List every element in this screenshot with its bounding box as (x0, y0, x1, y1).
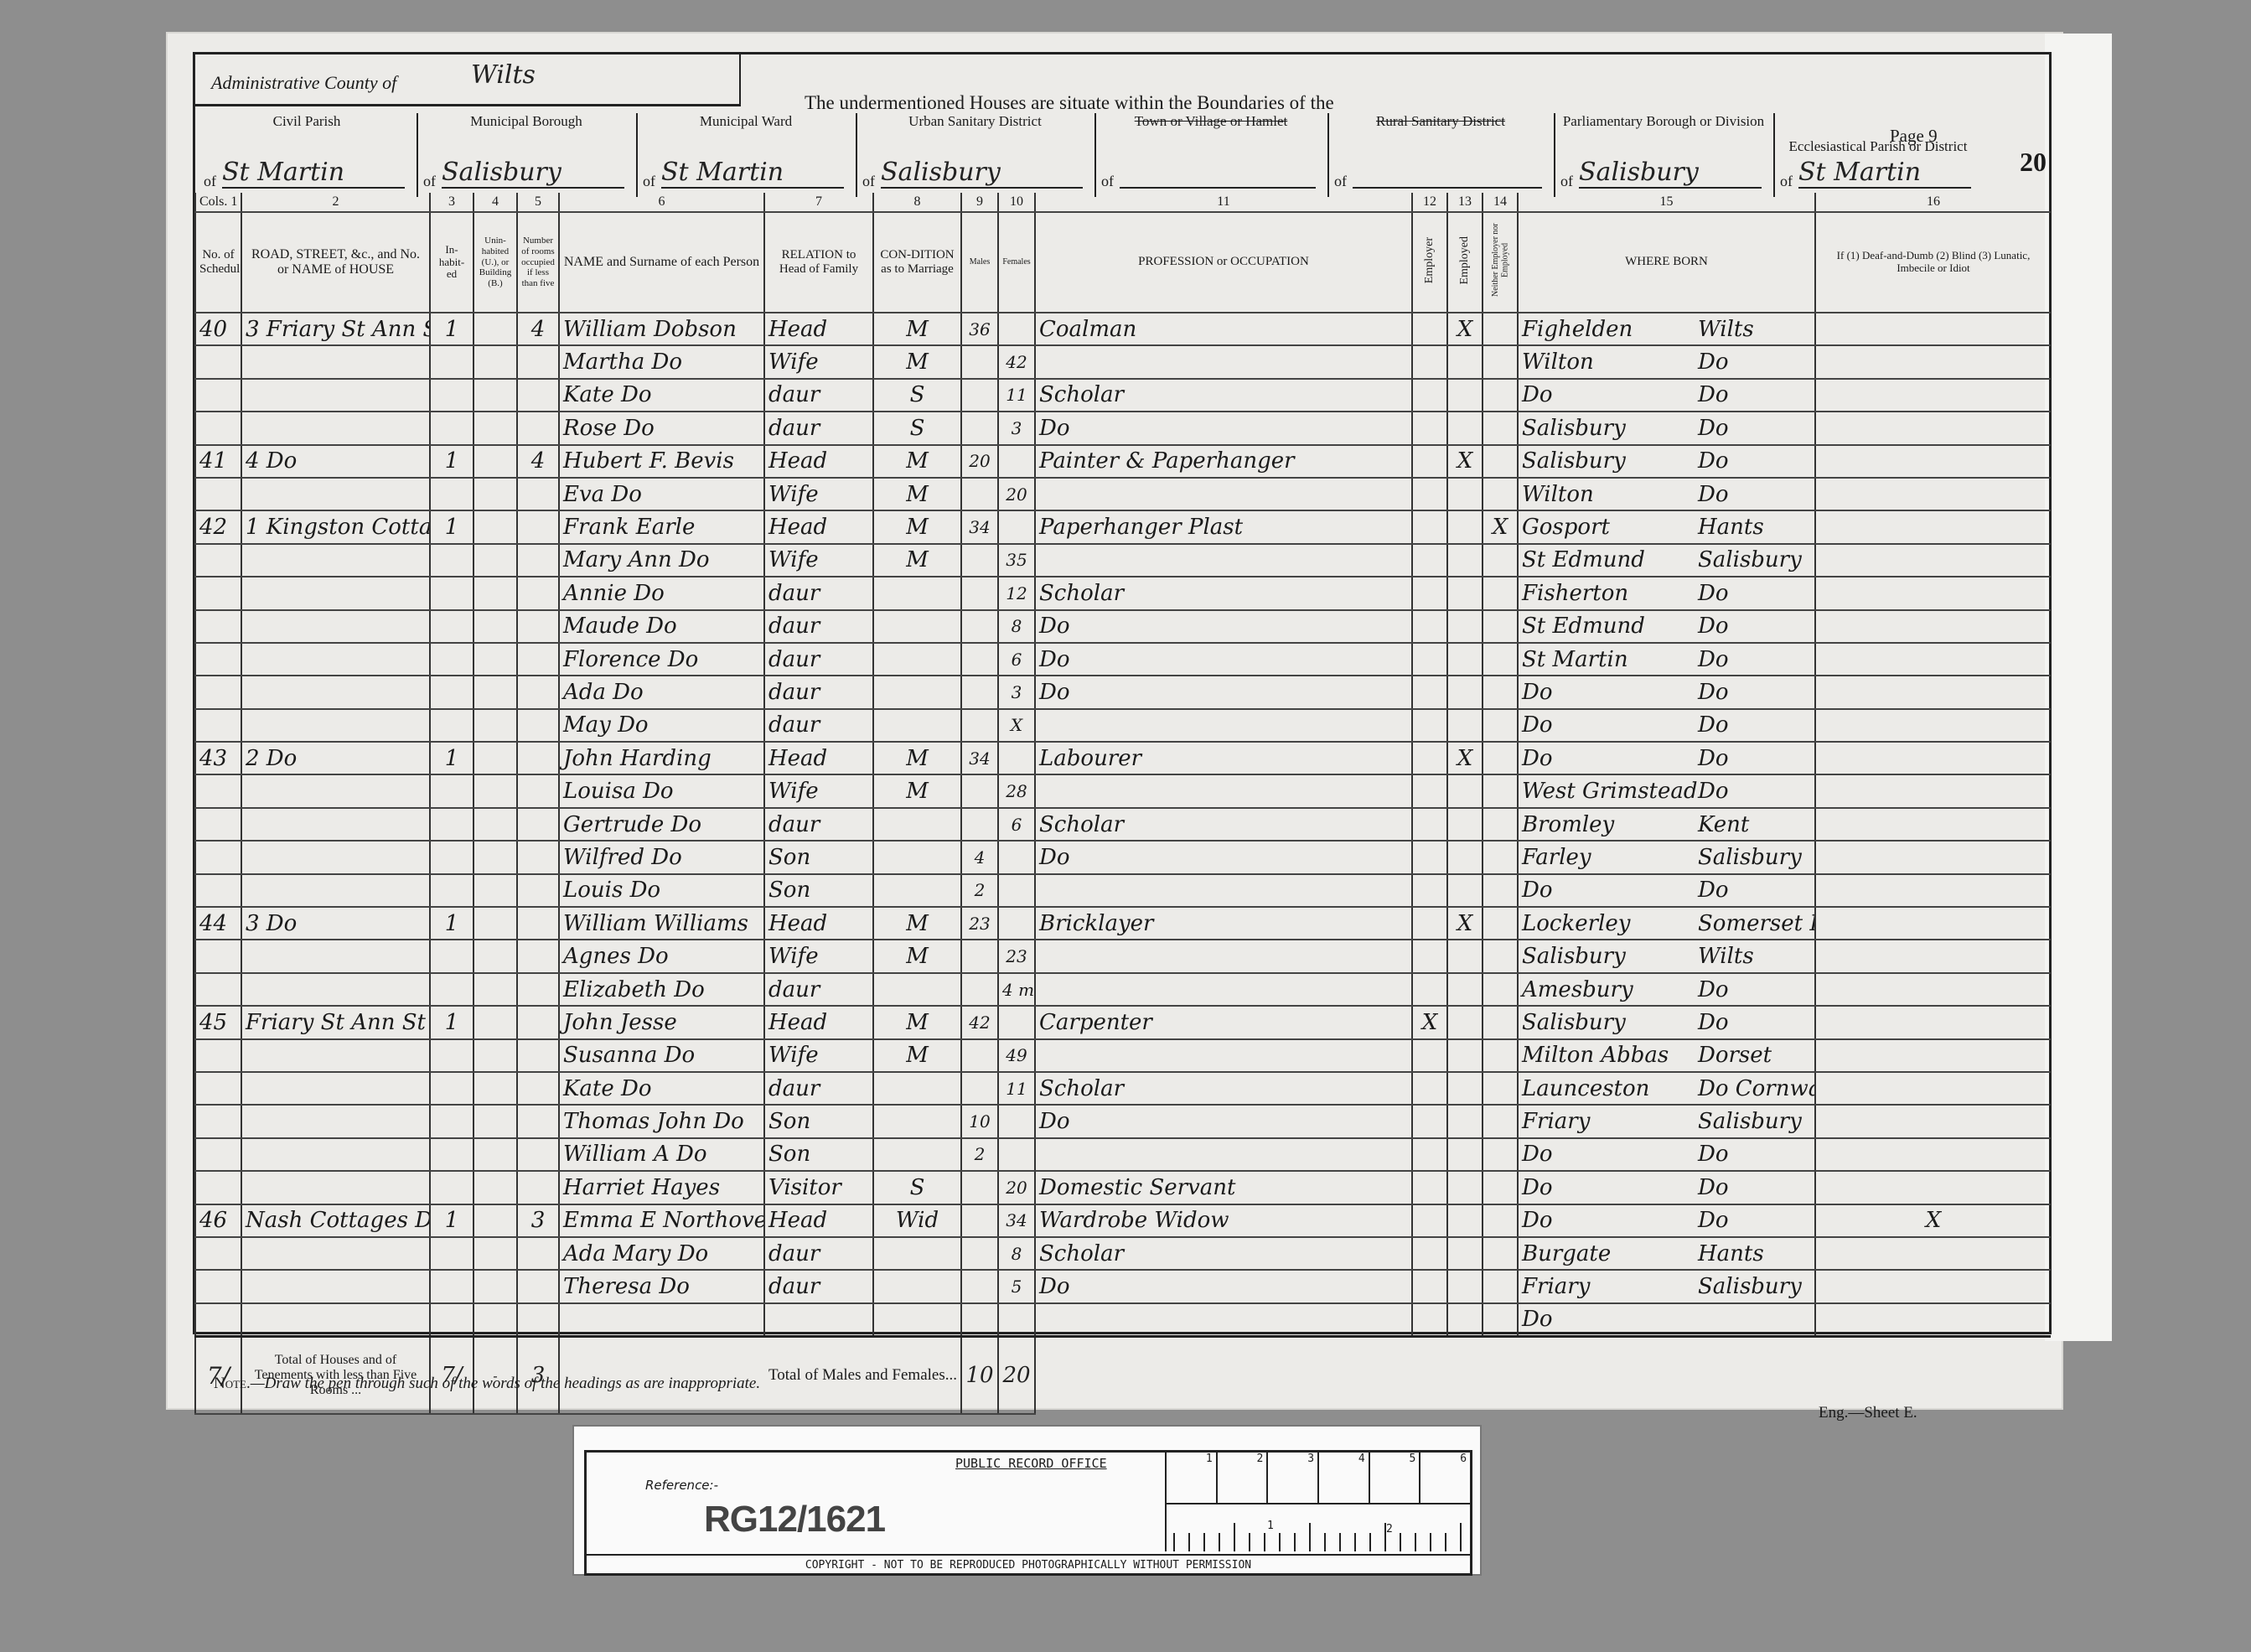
cell-inhabited: 1 (430, 1006, 473, 1038)
cell-relation (764, 1303, 873, 1337)
cell-inhabited (430, 1171, 473, 1204)
cell-male-age: 34 (961, 510, 998, 543)
cell-address (241, 1171, 430, 1204)
cell-employer (1412, 1237, 1447, 1270)
cell-occupation: Labourer (1035, 742, 1412, 774)
area-urban-sanitary-district: Urban Sanitary District of Salisbury (856, 113, 1096, 197)
table-row: Florence Dodaur6DoSt MartinDo (195, 643, 2051, 676)
cell-uninhabited (473, 1138, 517, 1171)
cell-inhabited (430, 973, 473, 1006)
cell-relation: daur (764, 379, 873, 412)
cell-where-born: DoDo (1518, 742, 1815, 774)
cell-relation: Son (764, 874, 873, 907)
cell-employer (1412, 1138, 1447, 1171)
cell-infirmity: X (1815, 1204, 2051, 1237)
boundaries-title: The undermentioned Houses are situate wi… (805, 92, 1334, 114)
cell-inhabited (430, 412, 473, 444)
cell-male-age (961, 577, 998, 609)
cell-schedule (195, 1072, 241, 1105)
cell-male-age (961, 973, 998, 1006)
born-place: Do (1522, 1208, 1698, 1233)
cell-infirmity (1815, 709, 2051, 742)
ruler-tick (1324, 1533, 1326, 1551)
table-row: Agnes DoWifeM23SalisburyWilts (195, 940, 2051, 972)
cell-employer (1412, 841, 1447, 873)
born-place: Salisbury (1522, 1010, 1698, 1035)
cell-inhabited (430, 478, 473, 510)
cell-schedule (195, 610, 241, 643)
area-town-village-hamlet: Town or Village or Hamlet of (1094, 113, 1329, 197)
area-label: Urban Sanitary District (856, 113, 1094, 130)
cell-address: 3 Do (241, 907, 430, 940)
cell-address (241, 379, 430, 412)
cell-address (241, 1138, 430, 1171)
born-county: Do (1698, 448, 1729, 474)
table-row: 45Friary St Ann St1John JesseHeadM42Carp… (195, 1006, 2051, 1038)
cell-neither (1483, 610, 1518, 643)
col-number: 8 (873, 193, 961, 212)
cell-infirmity (1815, 742, 2051, 774)
cell-neither (1483, 940, 1518, 972)
cell-relation: Head (764, 1204, 873, 1237)
cell-infirmity (1815, 313, 2051, 345)
cell-neither (1483, 1171, 1518, 1204)
footer-note: Note.—Draw the pen through such of the w… (214, 1375, 760, 1393)
cell-rooms (517, 907, 559, 940)
header-relation: RELATION to Head of Family (764, 212, 873, 313)
col-number: 13 (1447, 193, 1483, 212)
cell-occupation: Scholar (1035, 577, 1412, 609)
cell-employer (1412, 345, 1447, 378)
table-row: 443 Do1William WilliamsHeadM23Bricklayer… (195, 907, 2051, 940)
table-row: Rose DodaurS3DoSalisburyDo (195, 412, 2051, 444)
cell-employer (1412, 808, 1447, 841)
born-place: Friary (1522, 1109, 1698, 1134)
cell-name: Harriet Hayes (559, 1171, 764, 1204)
cell-uninhabited (473, 643, 517, 676)
cell-relation: daur (764, 412, 873, 444)
cell-occupation: Scholar (1035, 1237, 1412, 1270)
administrative-county-box: Administrative County of Wilts (194, 54, 741, 106)
cell-employer (1412, 1105, 1447, 1137)
cell-male-age (961, 544, 998, 577)
cell-occupation: Do (1035, 676, 1412, 708)
cell-employed (1447, 345, 1483, 378)
reference-label: Reference:- (645, 1478, 718, 1493)
cell-neither (1483, 676, 1518, 708)
cell-employed: X (1447, 742, 1483, 774)
table-row: Eva DoWifeM20WiltonDo (195, 478, 2051, 510)
cell-employed (1447, 1138, 1483, 1171)
cell-where-born: St EdmundSalisbury (1518, 544, 1815, 577)
cell-name: William A Do (559, 1138, 764, 1171)
cell-inhabited (430, 1270, 473, 1302)
cell-occupation: Do (1035, 841, 1412, 873)
ruler-tick (1219, 1533, 1220, 1551)
cell-relation: Head (764, 742, 873, 774)
cell-female-age (998, 907, 1035, 940)
header-employed: Employed (1447, 212, 1483, 313)
cell-employed (1447, 412, 1483, 444)
born-county: Salisbury (1698, 547, 1802, 572)
area-value: St Martin (1798, 158, 1971, 189)
cell-where-born: DoDo (1518, 874, 1815, 907)
cell-male-age (961, 709, 998, 742)
administrative-county-label: Administrative County of (211, 72, 396, 94)
cell-inhabited (430, 676, 473, 708)
cell-address (241, 841, 430, 873)
area-value: St Martin (222, 158, 405, 189)
cell-infirmity (1815, 973, 2051, 1006)
cell-schedule (195, 973, 241, 1006)
cell-schedule (195, 345, 241, 378)
cell-condition: M (873, 478, 961, 510)
of-label: of (1101, 173, 1114, 190)
cell-address (241, 1303, 430, 1337)
cell-schedule: 41 (195, 445, 241, 478)
area-label: Parliamentary Borough or Division (1554, 113, 1773, 130)
header-name: NAME and Surname of each Person (559, 212, 764, 313)
cell-infirmity (1815, 1006, 2051, 1038)
total-females: 20 (998, 1337, 1035, 1415)
born-place: Do (1522, 746, 1698, 771)
cell-neither (1483, 1237, 1518, 1270)
cell-female-age: 23 (998, 940, 1035, 972)
cell-schedule (195, 379, 241, 412)
cell-uninhabited (473, 1303, 517, 1337)
cell-female-age: 42 (998, 345, 1035, 378)
cell-male-age: 34 (961, 742, 998, 774)
cell-address (241, 1270, 430, 1302)
cell-employed (1447, 808, 1483, 841)
cell-employed (1447, 577, 1483, 609)
born-place: St Edmund (1522, 614, 1698, 639)
ruler-tick (1309, 1523, 1311, 1551)
ruler-tick (1460, 1523, 1462, 1551)
cell-employed (1447, 1237, 1483, 1270)
cell-rooms (517, 841, 559, 873)
cell-name: Louisa Do (559, 774, 764, 807)
cell-inhabited: 1 (430, 1204, 473, 1237)
cell-occupation (1035, 709, 1412, 742)
born-county: Wilts (1698, 317, 1754, 342)
cell-condition: M (873, 544, 961, 577)
cell-where-born: LockerleySomerset Hants (1518, 907, 1815, 940)
cell-name: John Harding (559, 742, 764, 774)
cell-uninhabited (473, 1072, 517, 1105)
cell-infirmity (1815, 1303, 2051, 1337)
cell-neither (1483, 841, 1518, 873)
cell-employer (1412, 643, 1447, 676)
cell-name: Elizabeth Do (559, 973, 764, 1006)
cell-inhabited: 1 (430, 510, 473, 543)
area-value (1353, 187, 1542, 189)
born-county: Do (1698, 416, 1729, 441)
cell-neither: X (1483, 510, 1518, 543)
ruler-tick (1249, 1533, 1250, 1551)
cell-employer (1412, 973, 1447, 1006)
cell-schedule (195, 577, 241, 609)
cell-name: Wilfred Do (559, 841, 764, 873)
born-county: Do (1698, 712, 1729, 738)
cell-schedule (195, 1303, 241, 1337)
cell-employer (1412, 676, 1447, 708)
header-occupation: PROFESSION or OCCUPATION (1035, 212, 1412, 313)
col-number: 12 (1412, 193, 1447, 212)
born-place: Do (1522, 1175, 1698, 1200)
born-place: Fisherton (1522, 581, 1698, 606)
cell-female-age: 6 (998, 808, 1035, 841)
cell-condition: M (873, 313, 961, 345)
cell-relation: Wife (764, 345, 873, 378)
cell-employer (1412, 742, 1447, 774)
cell-inhabited (430, 643, 473, 676)
ruler-tick (1415, 1533, 1416, 1551)
table-row: 432 Do1John HardingHeadM34LabourerXDoDo (195, 742, 2051, 774)
born-county: Salisbury (1698, 1274, 1802, 1299)
of-label: of (1334, 173, 1347, 190)
cell-employed (1447, 544, 1483, 577)
cell-where-born: BromleyKent (1518, 808, 1815, 841)
cell-occupation (1035, 1138, 1412, 1171)
cell-rooms (517, 940, 559, 972)
cell-neither (1483, 1204, 1518, 1237)
cell-male-age (961, 1303, 998, 1337)
cell-neither (1483, 577, 1518, 609)
cell-rooms (517, 1303, 559, 1337)
cell-inhabited (430, 1072, 473, 1105)
cell-female-age: 34 (998, 1204, 1035, 1237)
cell-employer (1412, 1204, 1447, 1237)
cell-schedule (195, 841, 241, 873)
cell-relation: Wife (764, 774, 873, 807)
cell-address (241, 774, 430, 807)
cell-schedule (195, 1237, 241, 1270)
born-place: St Martin (1522, 647, 1698, 672)
born-county: Salisbury (1698, 845, 1802, 870)
cell-employed (1447, 774, 1483, 807)
cell-female-age (998, 841, 1035, 873)
col-number: 14 (1483, 193, 1518, 212)
cell-relation: Head (764, 313, 873, 345)
cell-address (241, 709, 430, 742)
cell-where-born: FigheldenWilts (1518, 313, 1815, 345)
cell-where-born: DoDo (1518, 1138, 1815, 1171)
cell-address (241, 412, 430, 444)
cell-where-born: SalisburyDo (1518, 1006, 1815, 1038)
born-place: Gosport (1522, 515, 1698, 540)
cell-female-age: 28 (998, 774, 1035, 807)
cell-schedule: 44 (195, 907, 241, 940)
born-county: Do Cornwall (1698, 1076, 1815, 1101)
cell-schedule (195, 874, 241, 907)
cell-neither (1483, 907, 1518, 940)
cell-name: Susanna Do (559, 1039, 764, 1072)
cell-inhabited (430, 940, 473, 972)
cell-condition: M (873, 907, 961, 940)
cell-neither (1483, 742, 1518, 774)
born-county: Salisbury (1698, 1109, 1802, 1134)
cell-infirmity (1815, 676, 2051, 708)
cell-male-age (961, 774, 998, 807)
cell-employed (1447, 1006, 1483, 1038)
cell-male-age: 36 (961, 313, 998, 345)
cell-occupation: Wardrobe Widow (1035, 1204, 1412, 1237)
cell-uninhabited (473, 445, 517, 478)
born-place: Friary (1522, 1274, 1698, 1299)
cell-neither (1483, 1006, 1518, 1038)
cell-female-age: 49 (998, 1039, 1035, 1072)
of-label: of (862, 173, 875, 190)
area-value: Salisbury (442, 158, 624, 189)
cell-inhabited (430, 808, 473, 841)
cell-where-born: St MartinDo (1518, 643, 1815, 676)
cell-relation: Wife (764, 940, 873, 972)
cell-rooms (517, 973, 559, 1006)
ruler-cm: 1 2 3 4 5 6 (1167, 1453, 1472, 1504)
cell-employer: X (1412, 1006, 1447, 1038)
cell-employer (1412, 907, 1447, 940)
cell-female-age: 20 (998, 1171, 1035, 1204)
born-county: Do (1698, 581, 1729, 606)
cell-address (241, 1237, 430, 1270)
cell-employer (1412, 1171, 1447, 1204)
born-place: Do (1522, 382, 1698, 407)
cell-uninhabited (473, 973, 517, 1006)
table-row: Louis DoSon2DoDo (195, 874, 2051, 907)
cell-rooms (517, 610, 559, 643)
cell-schedule (195, 808, 241, 841)
cell-rooms (517, 412, 559, 444)
cell-female-age (998, 1006, 1035, 1038)
cell-employer (1412, 774, 1447, 807)
cell-employer (1412, 874, 1447, 907)
cell-schedule: 40 (195, 313, 241, 345)
cell-schedule: 43 (195, 742, 241, 774)
cell-male-age (961, 1204, 998, 1237)
ruler-tick (1294, 1533, 1296, 1551)
col-number: 5 (517, 193, 559, 212)
reference-number: RG12/1621 (704, 1499, 885, 1541)
cell-employer (1412, 544, 1447, 577)
cell-condition: M (873, 1006, 961, 1038)
cell-neither (1483, 478, 1518, 510)
cell-name: Florence Do (559, 643, 764, 676)
cell-female-age: 35 (998, 544, 1035, 577)
cell-infirmity (1815, 1138, 2051, 1171)
cell-occupation (1035, 940, 1412, 972)
cell-infirmity (1815, 808, 2051, 841)
col-number: 11 (1035, 193, 1412, 212)
cell-condition: S (873, 379, 961, 412)
cell-infirmity (1815, 1105, 2051, 1137)
area-label: Town or Village or Hamlet (1094, 113, 1327, 130)
cell-uninhabited (473, 742, 517, 774)
cell-female-age (998, 1303, 1035, 1337)
cell-relation: daur (764, 676, 873, 708)
cell-neither (1483, 445, 1518, 478)
cell-relation: Head (764, 445, 873, 478)
cell-rooms (517, 1105, 559, 1137)
cell-occupation (1035, 345, 1412, 378)
table-row: 403 Friary St Ann St14William DobsonHead… (195, 313, 2051, 345)
of-label: of (1780, 173, 1793, 190)
born-place: Bromley (1522, 812, 1698, 837)
cell-occupation (1035, 1303, 1412, 1337)
header-inhabited: In-habit-ed (430, 212, 473, 313)
header-condition: CON-DITION as to Marriage (873, 212, 961, 313)
cell-name: Mary Ann Do (559, 544, 764, 577)
header-employer-label: Employer (1423, 237, 1436, 283)
of-label: of (204, 173, 216, 190)
cell-relation: Wife (764, 1039, 873, 1072)
cell-infirmity (1815, 841, 2051, 873)
cell-female-age (998, 1105, 1035, 1137)
cell-address (241, 1072, 430, 1105)
cell-name: Thomas John Do (559, 1105, 764, 1137)
cell-relation: Visitor (764, 1171, 873, 1204)
cell-infirmity (1815, 412, 2051, 444)
cell-where-born: LauncestonDo Cornwall (1518, 1072, 1815, 1105)
cell-uninhabited (473, 709, 517, 742)
cell-neither (1483, 379, 1518, 412)
table-row: Kate DodaurS11ScholarDoDo (195, 379, 2051, 412)
cell-employer (1412, 1072, 1447, 1105)
cell-name: Agnes Do (559, 940, 764, 972)
cell-employer (1412, 1039, 1447, 1072)
cell-neither (1483, 808, 1518, 841)
cell-relation: daur (764, 577, 873, 609)
cell-where-born: FriarySalisbury (1518, 1105, 1815, 1137)
ruler-tick (1339, 1533, 1341, 1551)
cell-neither (1483, 973, 1518, 1006)
cell-where-born: GosportHants (1518, 510, 1815, 543)
cell-infirmity (1815, 544, 2051, 577)
born-place: Do (1522, 1307, 1698, 1332)
cell-schedule (195, 1039, 241, 1072)
ruler-tick (1234, 1523, 1235, 1551)
cell-rooms: 3 (517, 1204, 559, 1237)
ruler-inches: 1 2 (1167, 1504, 1472, 1551)
cell-neither (1483, 874, 1518, 907)
born-county: Do (1698, 350, 1729, 375)
cell-infirmity (1815, 1237, 2051, 1270)
cell-address (241, 676, 430, 708)
cell-inhabited (430, 610, 473, 643)
cell-address (241, 973, 430, 1006)
table-row: Harriet HayesVisitorS20Domestic ServantD… (195, 1171, 2051, 1204)
cell-rooms (517, 643, 559, 676)
born-place: Do (1522, 712, 1698, 738)
table-row: Do (195, 1303, 2051, 1337)
born-place: Launceston (1522, 1076, 1698, 1101)
cell-relation: Son (764, 1105, 873, 1137)
col-number: Cols. 1 (195, 193, 241, 212)
of-label: of (423, 173, 436, 190)
cell-employer (1412, 610, 1447, 643)
cell-rooms (517, 510, 559, 543)
column-header-row: No. of Schedule ROAD, STREET, &c., and N… (195, 212, 2051, 313)
cell-relation: daur (764, 610, 873, 643)
cell-employed: X (1447, 907, 1483, 940)
cell-address (241, 577, 430, 609)
table-row: Gertrude Dodaur6ScholarBromleyKent (195, 808, 2051, 841)
cell-condition (873, 808, 961, 841)
cell-neither (1483, 544, 1518, 577)
cell-employer (1412, 577, 1447, 609)
cell-relation: daur (764, 1072, 873, 1105)
cell-female-age: 3 (998, 412, 1035, 444)
